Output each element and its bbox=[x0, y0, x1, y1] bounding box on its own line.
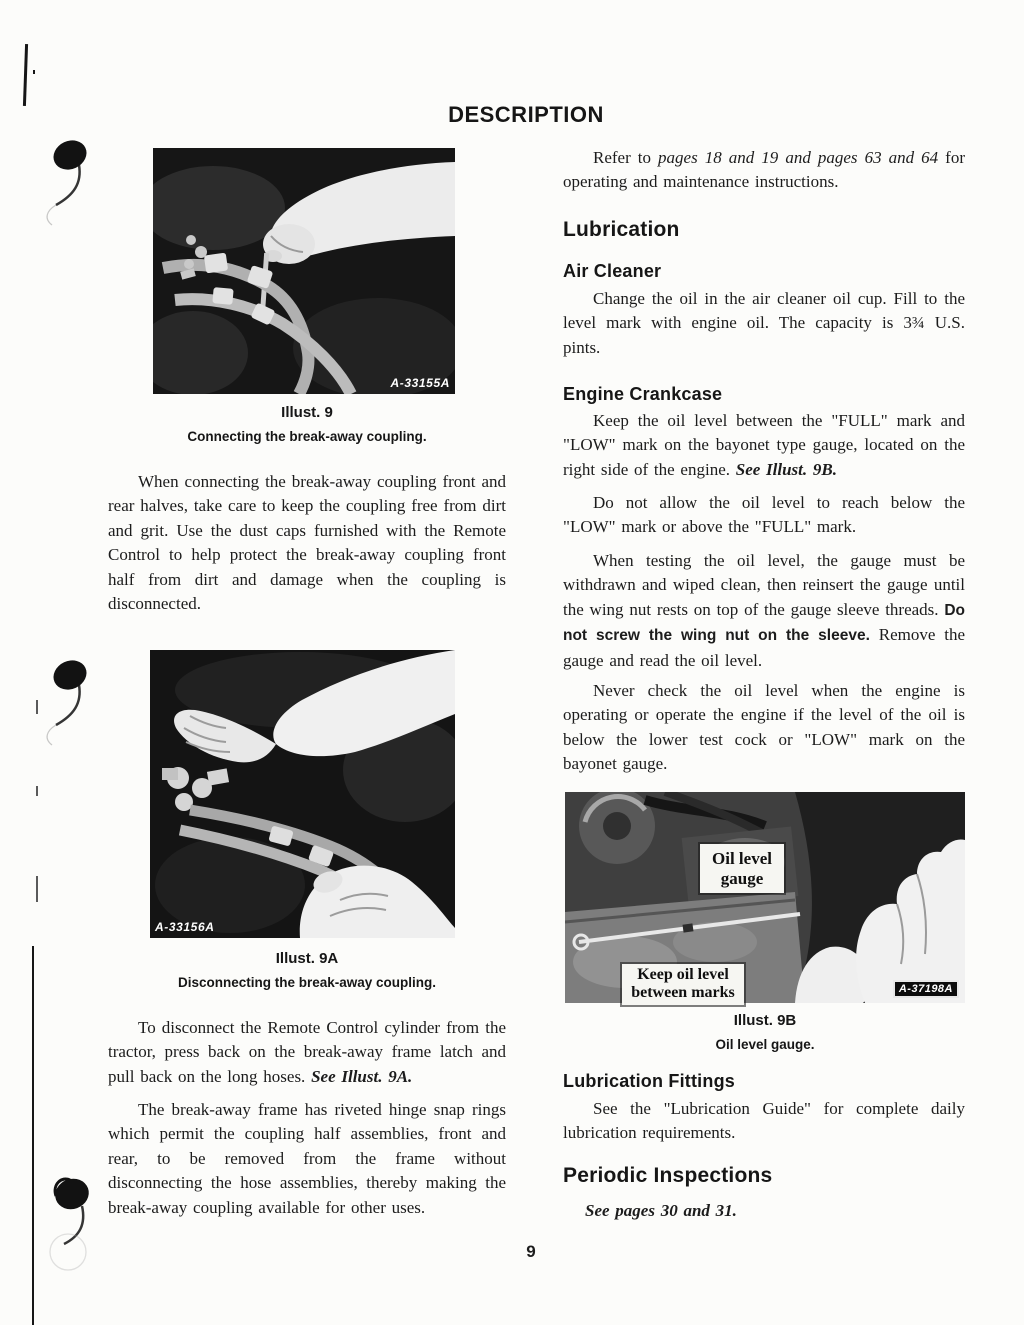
illust-9a-photo-art bbox=[150, 650, 455, 938]
ink-blot bbox=[44, 133, 90, 233]
illust-9-photo-art bbox=[153, 148, 455, 394]
illust-9-photo: A-33155A bbox=[153, 148, 455, 394]
pages-reference: pages 18 and 19 and pages 63 and 64 bbox=[658, 148, 938, 167]
photo-label-oil-level-gauge: Oil level gauge bbox=[700, 844, 784, 893]
label-line: Keep oil level bbox=[624, 966, 742, 984]
paragraph-breakaway-frame: The break-away frame has riveted hinge s… bbox=[108, 1098, 506, 1220]
paragraph-connecting: When connecting the break-away coupling … bbox=[108, 470, 506, 616]
illust-9b-photo: Oil level gauge Keep oil level between m… bbox=[565, 792, 965, 1003]
heading-air-cleaner: Air Cleaner bbox=[563, 261, 661, 282]
photo-id-label: A-33156A bbox=[155, 920, 215, 934]
page-number: 9 bbox=[0, 1242, 1024, 1262]
illust-9a-caption: Illust. 9A Disconnecting the break-away … bbox=[108, 950, 506, 990]
label-line: gauge bbox=[703, 869, 781, 889]
see-illust-reference: See Illust. 9B. bbox=[736, 460, 837, 479]
see-pages-reference: See pages 30 and 31. bbox=[585, 1201, 737, 1220]
photo-id-label: A-33155A bbox=[391, 376, 451, 390]
label-line: Oil level bbox=[703, 849, 781, 869]
illust-description: Connecting the break-away coupling. bbox=[108, 429, 506, 444]
ink-blot bbox=[46, 1170, 98, 1280]
heading-lubrication-fittings: Lubrication Fittings bbox=[563, 1071, 735, 1092]
paragraph-never-check: Never check the oil level when the engin… bbox=[563, 679, 965, 777]
illust-description: Disconnecting the break-away coupling. bbox=[108, 975, 506, 990]
photo-label-keep-oil-level: Keep oil level between marks bbox=[622, 964, 744, 1005]
text-run: When testing the oil level, the gauge mu… bbox=[563, 551, 965, 619]
heading-engine-crankcase: Engine Crankcase bbox=[563, 384, 722, 405]
scan-artifact-line bbox=[32, 946, 34, 1325]
paragraph-testing-oil-level: When testing the oil level, the gauge mu… bbox=[563, 549, 965, 673]
heading-periodic-inspections: Periodic Inspections bbox=[563, 1164, 772, 1188]
illust-9-caption: Illust. 9 Connecting the break-away coup… bbox=[108, 404, 506, 444]
illust-9a-photo: A-33156A bbox=[150, 650, 455, 938]
paragraph-oil-level: Keep the oil level between the "FULL" ma… bbox=[563, 409, 965, 482]
paragraph-intro: Refer to pages 18 and 19 and pages 63 an… bbox=[563, 146, 965, 195]
scan-artifact-line bbox=[23, 44, 28, 106]
scan-artifact-dash bbox=[36, 700, 38, 714]
paragraph-disconnecting: To disconnect the Remote Control cylinde… bbox=[108, 1016, 506, 1089]
illust-9b-caption: Illust. 9B Oil level gauge. bbox=[565, 1012, 965, 1052]
paragraph-oil-level-limits: Do not allow the oil level to reach belo… bbox=[563, 491, 965, 540]
illust-number: Illust. 9 bbox=[108, 404, 506, 421]
text-run: To disconnect the Remote Control cylinde… bbox=[108, 1018, 506, 1086]
illust-number: Illust. 9A bbox=[108, 950, 506, 967]
illust-description: Oil level gauge. bbox=[565, 1037, 965, 1052]
scan-artifact-dash bbox=[36, 876, 38, 902]
heading-lubrication: Lubrication bbox=[563, 218, 680, 242]
ink-blot bbox=[44, 653, 90, 753]
paragraph-periodic-inspections: See pages 30 and 31. bbox=[585, 1199, 965, 1223]
paragraph-air-cleaner: Change the oil in the air cleaner oil cu… bbox=[563, 287, 965, 360]
illust-number: Illust. 9B bbox=[565, 1012, 965, 1029]
scan-artifact-dot bbox=[33, 70, 35, 74]
manual-page: DESCRIPTION A-33 bbox=[0, 0, 1024, 1325]
photo-id-label: A-37198A bbox=[893, 980, 959, 998]
text-run: Refer to bbox=[593, 148, 658, 167]
page-title: DESCRIPTION bbox=[14, 102, 1024, 128]
scan-artifact-dash bbox=[36, 786, 38, 796]
paragraph-lubrication-fittings: See the "Lubrication Guide" for complete… bbox=[563, 1097, 965, 1146]
label-line: between marks bbox=[624, 984, 742, 1002]
see-illust-reference: See Illust. 9A. bbox=[311, 1067, 412, 1086]
